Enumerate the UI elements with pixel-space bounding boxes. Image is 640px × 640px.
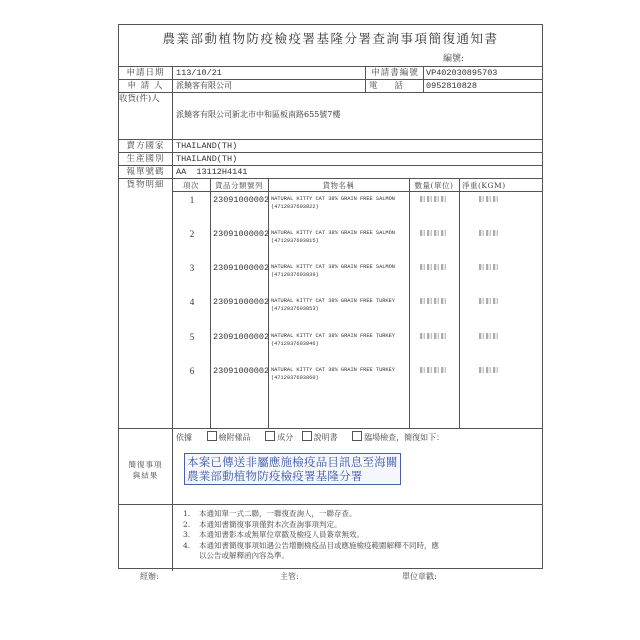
quantity-redacted — [420, 367, 448, 373]
supervisor-label: 主管: — [280, 571, 299, 582]
seller-country-value: THAILAND(TH) — [176, 140, 237, 152]
option-onsite-inspection[interactable]: 臨場檢查，簡復如下： — [352, 433, 444, 442]
applicant-value: 派饒客有限公司 — [176, 80, 232, 92]
option-manual[interactable]: 說明書 — [302, 433, 338, 442]
basis-options: 依據 檢附樣品 成分 說明書 臨場檢查，簡復如下： — [176, 431, 444, 443]
waybill-value: AA 13112H4141 — [176, 166, 247, 178]
goods-name: NATURAL KITTY CAT 38% GRAIN FREE TURKEY … — [271, 297, 401, 313]
note-item: 以公告或解釋函內容為準。 — [183, 551, 439, 562]
hs-code: 23091000002 — [213, 263, 269, 273]
origin-value: THAILAND(TH) — [176, 153, 237, 165]
weight-redacted — [479, 264, 499, 270]
waybill-row: 報單號碼 AA 13112H4141 — [119, 165, 542, 179]
document-title: 農業部動植物防疫檢疫署基隆分署查詢事項簡復通知書 — [119, 29, 542, 47]
goods-name: NATURAL KITTY CAT 38% GRAIN FREE TURKEY … — [271, 332, 401, 348]
note-item: 4.本通知書簡復事項如遇公告增刪檢疫品目或應施檢疫範圍解釋不同時，應 — [183, 541, 439, 552]
quantity-redacted — [420, 230, 448, 236]
weight-redacted — [479, 230, 499, 236]
origin-row: 生產國別 THAILAND(TH) — [119, 152, 542, 166]
stamp-line2: 農業部動植物防疫檢疫署基隆分署 — [187, 469, 398, 483]
item-number: 6 — [174, 366, 210, 376]
consignee-value: 派饒客有限公司新北市中和區板南路655號7樓 — [176, 109, 340, 121]
notes-section: 1.本通知單一式二聯，一聯復查詢人，一聯存查。2.本通知書簡復事項僅對本次查詢事… — [119, 504, 542, 571]
hs-code: 23091000002 — [213, 229, 269, 239]
application-number-label: 申請書編號 — [369, 67, 421, 79]
weight-redacted — [479, 367, 499, 373]
header-goods-name: 貨物名稱 — [268, 180, 409, 191]
header-net-weight: 淨重(KGM) — [459, 180, 547, 191]
consignee-row: 收貨(件)人 派饒客有限公司新北市中和區板南路655號7樓 — [119, 92, 542, 140]
item-number: 1 — [174, 195, 210, 205]
hs-code: 23091000002 — [213, 366, 269, 376]
reply-section: 簡復事項 與結果 依據 檢附樣品 成分 說明書 臨場檢查，簡復如下： 本案已傳送… — [119, 428, 542, 505]
note-item: 1.本通知單一式二聯，一聯復查詢人，一聯存查。 — [183, 509, 439, 520]
item-number: 2 — [174, 229, 210, 239]
official-stamp: 本案已傳送非屬應施檢疫品目訊息至海關 農業部動植物防疫檢疫署基隆分署 — [184, 453, 401, 485]
checkbox-icon[interactable] — [302, 431, 312, 441]
quantity-redacted — [420, 264, 448, 270]
goods-name: NATURAL KITTY CAT 38% GRAIN FREE TURKEY … — [271, 366, 401, 382]
stamp-line1: 本案已傳送非屬應施檢疫品目訊息至海關 — [187, 455, 398, 469]
notice-document: 農業部動植物防疫檢疫署基隆分署查詢事項簡復通知書 編號: 申請日期 113/10… — [118, 24, 543, 569]
goods-name: NATURAL KITTY CAT 38% GRAIN FREE SALMON … — [271, 195, 401, 211]
quantity-redacted — [420, 298, 448, 304]
item-number: 5 — [174, 332, 210, 342]
note-item: 2.本通知書簡復事項僅對本次查詢事項判定。 — [183, 520, 439, 531]
option-ingredients[interactable]: 成分 — [265, 433, 293, 442]
option-sample[interactable]: 檢附樣品 — [207, 433, 251, 442]
seller-country-row: 賣方國家 THAILAND(TH) — [119, 139, 542, 153]
reply-label-line1: 簡復事項 — [119, 459, 172, 470]
handler-label: 經辦: — [140, 571, 159, 582]
goods-detail-section: 貨物明細 項次 貨品分類號列 貨物名稱 數量(單位) 淨重(KGM) 12309… — [119, 178, 542, 429]
header-hs-code: 貨品分類號列 — [210, 180, 268, 191]
weight-redacted — [479, 196, 499, 202]
header-item-no: 項次 — [172, 180, 210, 191]
header-quantity: 數量(單位) — [409, 180, 459, 191]
checkbox-icon[interactable] — [265, 431, 275, 441]
document-number-label: 編號: — [443, 51, 464, 64]
item-number: 4 — [174, 297, 210, 307]
hs-code: 23091000002 — [213, 297, 269, 307]
hs-code: 23091000002 — [213, 195, 269, 205]
checkbox-icon[interactable] — [207, 431, 217, 441]
goods-detail-label: 貨物明細 — [119, 179, 173, 429]
goods-name: NATURAL KITTY CAT 38% GRAIN FREE SALMON … — [271, 229, 401, 245]
reply-label-cell: 簡復事項 與結果 — [119, 429, 173, 505]
apply-date-row: 申請日期 113/10/21 申請書編號 VP402030895703 — [119, 66, 542, 80]
weight-redacted — [479, 298, 499, 304]
goods-name: NATURAL KITTY CAT 38% GRAIN FREE SALMON … — [271, 263, 401, 279]
apply-date-value: 113/10/21 — [176, 67, 222, 79]
weight-redacted — [479, 333, 499, 339]
quantity-redacted — [420, 333, 448, 339]
basis-label: 依據 — [176, 433, 192, 442]
phone-value: 0952810828 — [426, 80, 477, 92]
checkbox-icon[interactable] — [352, 431, 362, 441]
phone-label: 電 話 — [369, 80, 421, 92]
hs-code: 23091000002 — [213, 332, 269, 342]
notes-list: 1.本通知單一式二聯，一聯復查詢人，一聯存查。2.本通知書簡復事項僅對本次查詢事… — [183, 509, 439, 562]
application-number-value: VP402030895703 — [426, 67, 497, 79]
quantity-redacted — [420, 196, 448, 202]
consignee-label: 收貨(件)人 — [119, 93, 173, 140]
note-item: 3.本通知書影本或無單位章戳及檢疫人員簽章無效。 — [183, 530, 439, 541]
item-number: 3 — [174, 263, 210, 273]
reply-label-line2: 與結果 — [119, 470, 172, 481]
applicant-row: 申 請 人 派饒客有限公司 電 話 0952810828 — [119, 79, 542, 93]
unit-seal-label: 單位章戳: — [402, 571, 437, 582]
